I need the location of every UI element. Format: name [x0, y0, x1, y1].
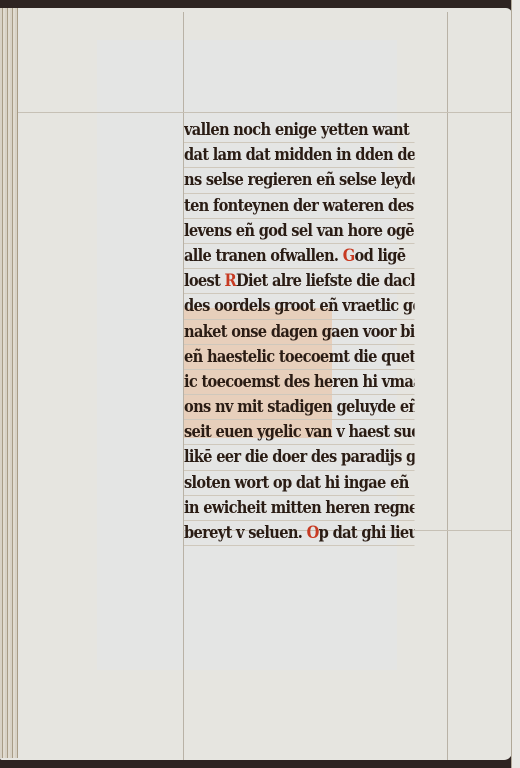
text-line: levens eñ god sel van hore ogē [184, 219, 414, 244]
text-line: dat lam dat midden in dden des troo [184, 143, 414, 168]
rubricated-initial: O [307, 523, 319, 543]
text-line: ten fonteynen der wateren des [184, 194, 414, 219]
text-line: bereyt v seluen. Op dat ghi lieu [184, 521, 414, 546]
rubricated-initial: R [225, 271, 236, 291]
text-line: likē eer die doer des paradijs ge [184, 445, 414, 470]
facing-page-edge [511, 0, 520, 768]
text-line: naket onse dagen gaen voor bi [184, 320, 414, 345]
text-line: loest RDiet alre liefste die dach [184, 269, 414, 294]
text-column: vallen noch enige yetten want dat lam da… [184, 118, 452, 546]
page-edges [0, 8, 18, 758]
text-line: sloten wort op dat hi ingae eñ [184, 471, 414, 496]
text-line: seit euen ygelic van v haest sud [184, 420, 414, 445]
rubricated-initial: G [343, 246, 355, 266]
ruling-top [18, 112, 512, 113]
text-line: vallen noch enige yetten want [184, 118, 414, 143]
text-line: ic toecoemst des heren hi vmaant [184, 370, 414, 395]
text-line: ons nv mit stadigen geluyde eñ [184, 395, 414, 420]
text-line: ns selse regieren eñ selse leyde tot [184, 168, 414, 193]
text-line: alle tranen ofwallen. God ligē [184, 244, 414, 269]
text-line: des oordels groot eñ vraetlic ge [184, 294, 414, 319]
text-line: eñ haestelic toecoemt die quetla [184, 345, 414, 370]
text-line: in ewicheit mitten heren regneren [184, 496, 414, 521]
